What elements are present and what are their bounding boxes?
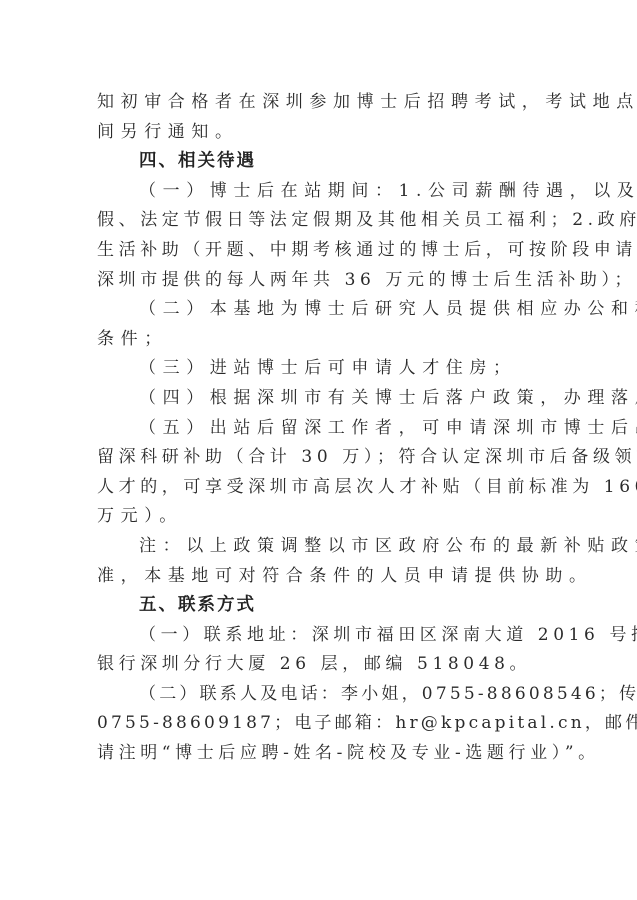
contact-phone-line: （二）联系人及电话：李小姐，0755-88608546；传真： [97, 680, 542, 710]
paragraph-line: 条件； [97, 325, 542, 355]
note-line: 准，本基地可对符合条件的人员申请提供协助。 [97, 562, 542, 592]
contact-address-line: 银行深圳分行大厦 26 层，邮编 518048。 [97, 650, 542, 680]
paragraph-line: （一）博士后在站期间：1.公司薪酬待遇，以及年休 [97, 177, 542, 207]
contact-email-subject-line: 请注明“博士后应聘-姓名-院校及专业-选题行业）”。 [97, 739, 542, 769]
paragraph-line: （三）进站博士后可申请人才住房； [97, 354, 542, 384]
note-line: 注：以上政策调整以市区政府公布的最新补贴政策为 [97, 532, 542, 562]
section-heading-contact: 五、联系方式 [97, 591, 542, 621]
contact-address-line: （一）联系地址：深圳市福田区深南大道 2016 号招商 [97, 621, 542, 651]
paragraph-line: 人才的，可享受深圳市高层次人才补贴（目前标准为 160 [97, 473, 542, 503]
paragraph-line: （四）根据深圳市有关博士后落户政策，办理落户； [97, 384, 542, 414]
paragraph-line: 假、法定节假日等法定假期及其他相关员工福利；2.政府 [97, 206, 542, 236]
paragraph-line: 知初审合格者在深圳参加博士后招聘考试，考试地点和时 [97, 88, 542, 118]
paragraph-line: 万元）。 [97, 502, 542, 532]
paragraph-line: 生活补助（开题、中期考核通过的博士后，可按阶段申请 [97, 236, 542, 266]
paragraph-line: （二）本基地为博士后研究人员提供相应办公和科研 [97, 295, 542, 325]
section-heading-benefits: 四、相关待遇 [97, 147, 542, 177]
paragraph-line: 深圳市提供的每人两年共 36 万元的博士后生活补助）； [97, 266, 542, 296]
paragraph-line: 间另行通知。 [97, 118, 542, 148]
document-page: 知初审合格者在深圳参加博士后招聘考试，考试地点和时 间另行通知。 四、相关待遇 … [97, 88, 542, 769]
paragraph-line: （五）出站后留深工作者，可申请深圳市博士后出站 [97, 414, 542, 444]
contact-email-line: 0755-88609187；电子邮箱：hr@kpcapital.cn，邮件标题 [97, 709, 542, 739]
paragraph-line: 留深科研补助（合计 30 万）；符合认定深圳市后备级领军 [97, 443, 542, 473]
